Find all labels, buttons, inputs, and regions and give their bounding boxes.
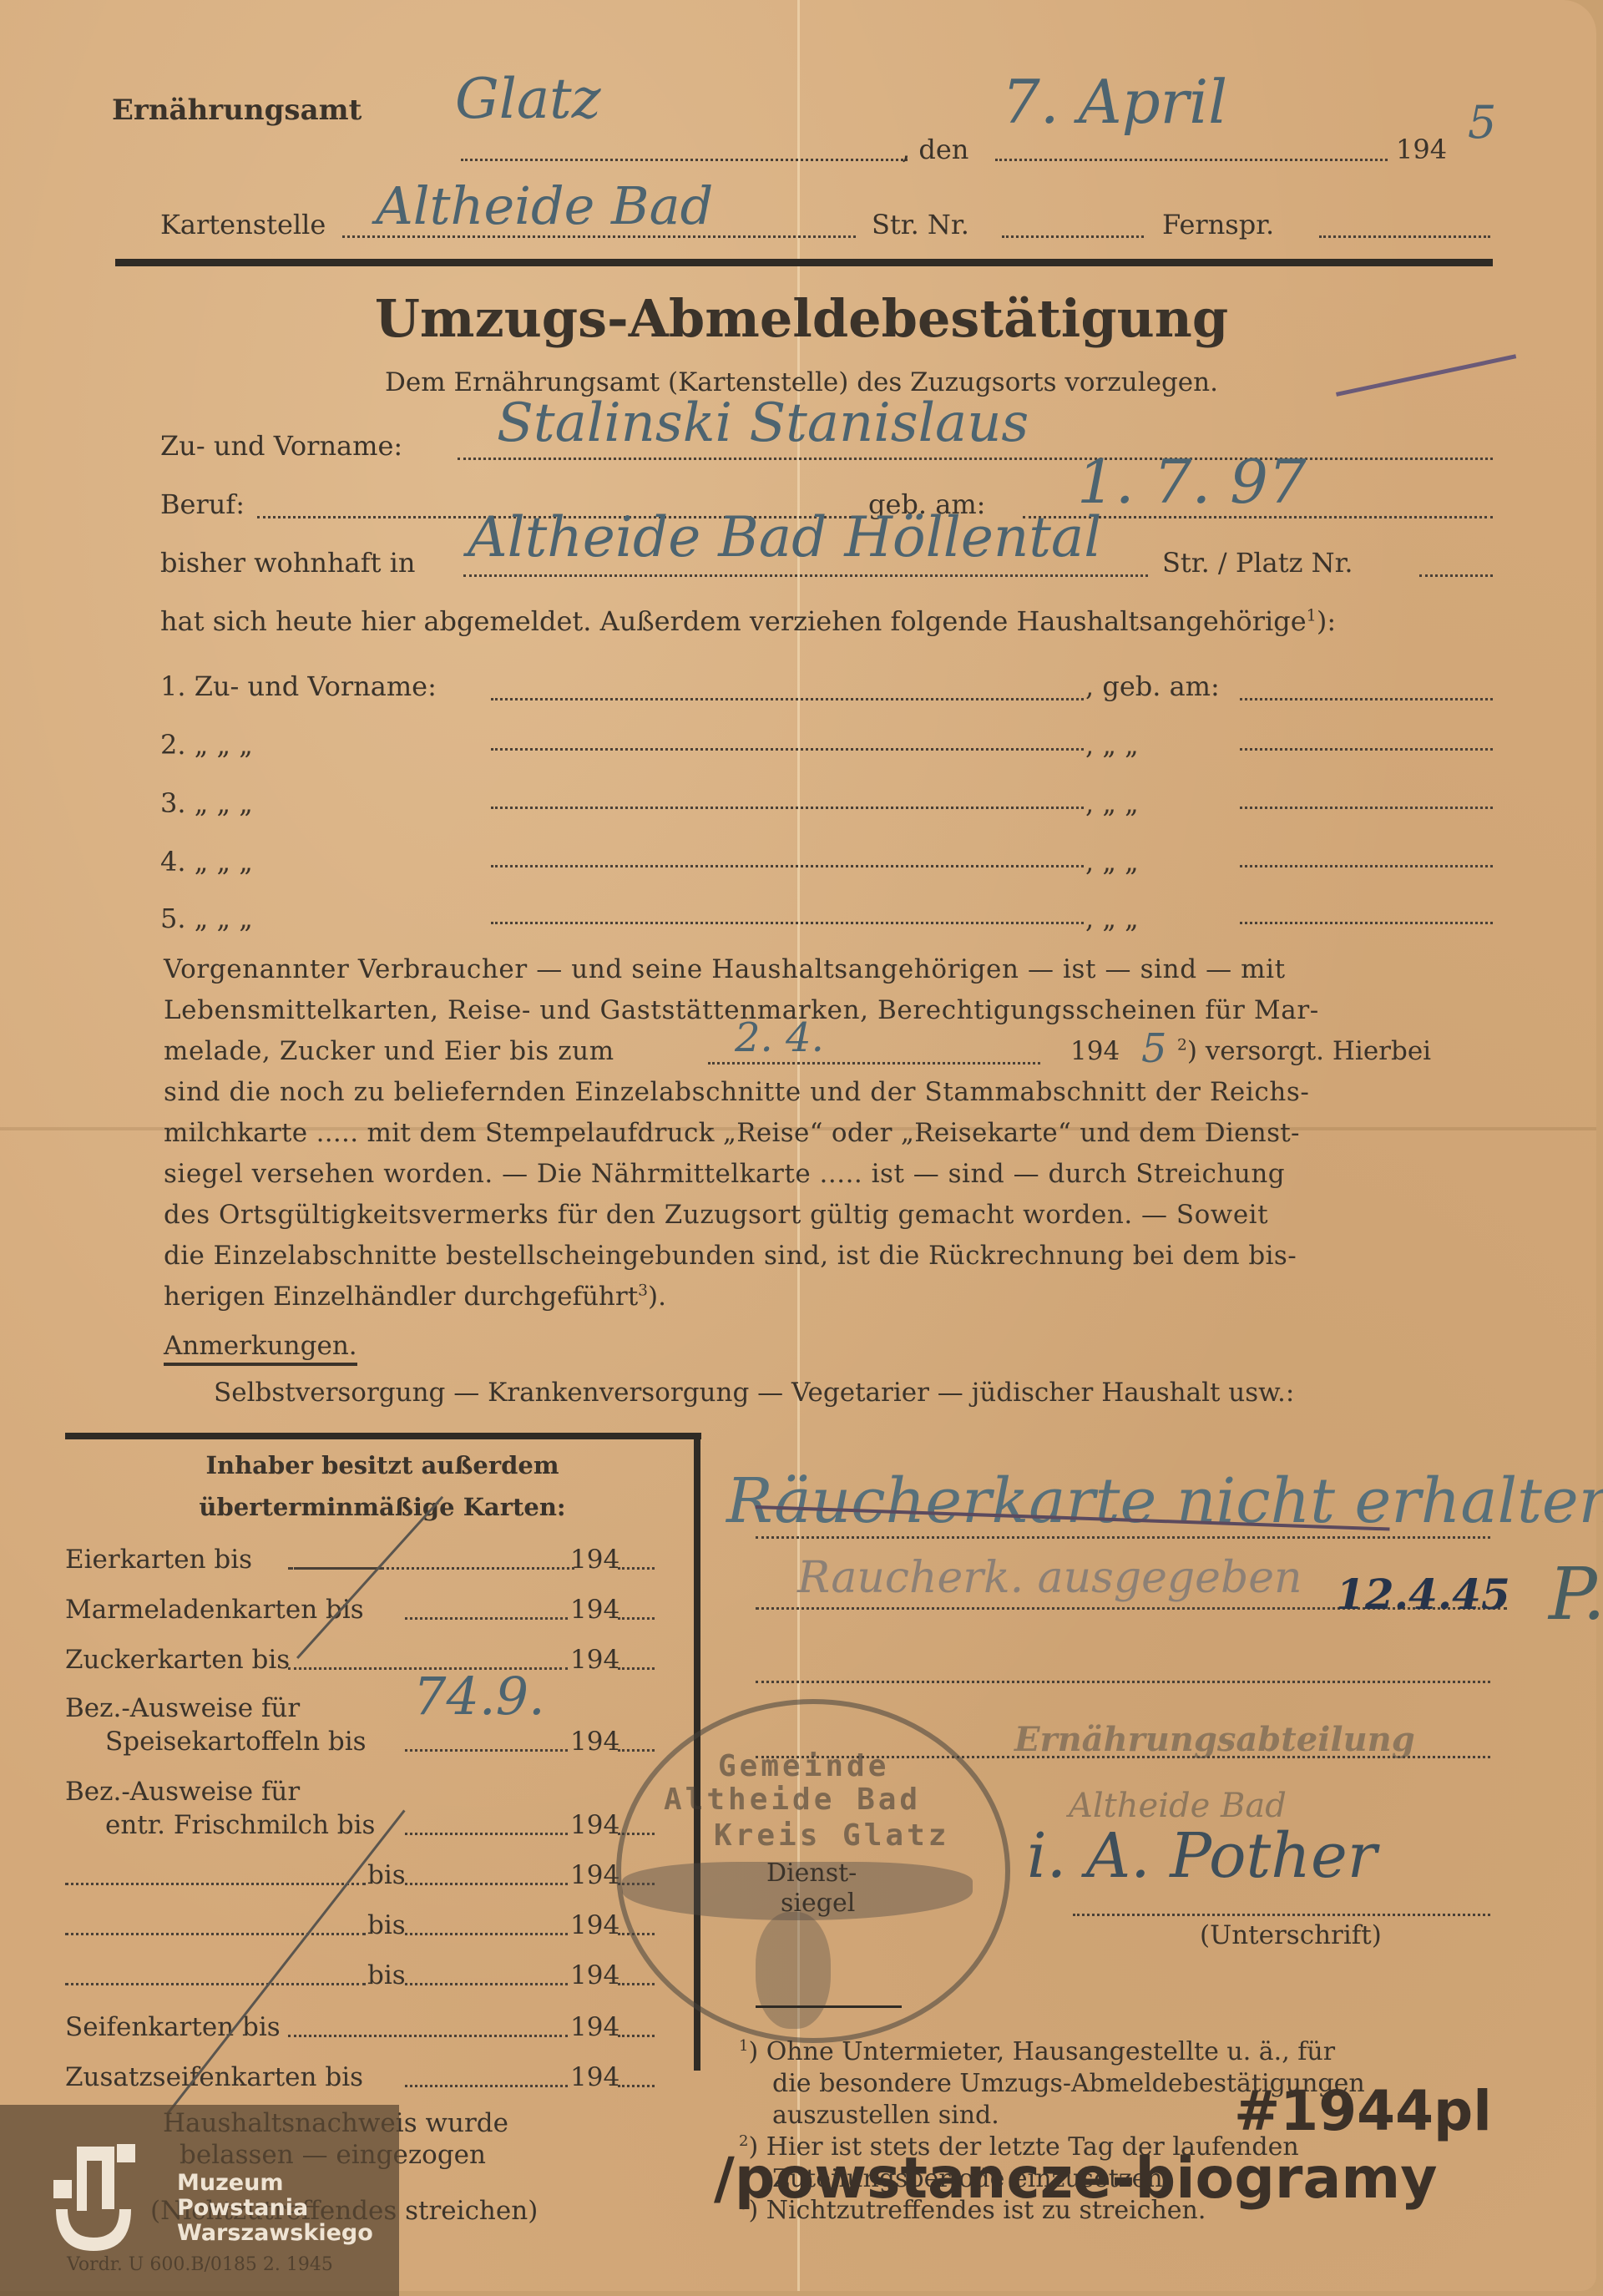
blank-row-2-year: 194 (570, 1910, 619, 1940)
document-sheet: Ernährungsamt Glatz , den 7. April 194 5… (0, 0, 1596, 2291)
remarks-label: Anmerkungen. (164, 1331, 357, 1366)
year-prefix: 194 (1396, 134, 1447, 165)
remarks-line-3 (756, 1681, 1490, 1683)
seifenkarten-year: 194 (570, 2012, 619, 2042)
potatoes-value-handwritten: 74.9. (413, 1666, 545, 1727)
signature-label: (Unterschrift) (1200, 1920, 1382, 1950)
household-row-2-name-line (491, 748, 1084, 751)
seal-underline (756, 2005, 902, 2008)
paragraph-line-5: milchkarte ..... mit dem Stempelaufdruck… (164, 1118, 1300, 1148)
year-suffix-handwritten: 5 (1468, 96, 1496, 149)
name-label: Zu- und Vorname: (160, 430, 402, 462)
blank-row-3-year-line (618, 1983, 655, 1985)
blank-row-2-date-line (405, 1933, 568, 1935)
extra-cards-heading-1: Inhaber besitzt außerdem (65, 1451, 700, 1479)
zuckerkarten-year: 194 (570, 1645, 619, 1675)
residence-street-label: Str. / Platz Nr. (1162, 547, 1353, 579)
supply-until-handwritten: 2. 4. (735, 1014, 824, 1061)
zusatzseifenkarten-date-line (405, 2085, 568, 2087)
potatoes-date-line (405, 1749, 568, 1752)
remarks-initial-handwritten: P. (1549, 1553, 1603, 1636)
potatoes-year-line (618, 1749, 655, 1752)
blank-row-1-label-line (65, 1883, 366, 1885)
residence-label: bisher wohnhaft in (160, 547, 415, 579)
eagle-body-icon (756, 1912, 831, 2029)
blank-row-1-year: 194 (570, 1860, 619, 1890)
household-row-1-birth-label: , geb. am: (1085, 670, 1220, 702)
blank-row-2-label-line (65, 1933, 366, 1935)
potatoes-label-1: Bez.-Ausweise für (65, 1693, 300, 1723)
milk-year: 194 (570, 1810, 619, 1840)
phone-field-line (1319, 235, 1490, 238)
street-label: Str. Nr. (872, 209, 969, 240)
household-row-1-label: 1. Zu- und Vorname: (160, 670, 437, 702)
potatoes-label-2: Speisekartoffeln bis (105, 1727, 367, 1757)
zuckerkarten-label: Zuckerkarten bis (65, 1645, 290, 1675)
card-office-label: Kartenstelle (160, 209, 326, 240)
household-row-5-birth-line (1240, 922, 1493, 924)
office-field-line (461, 159, 908, 161)
zusatzseifenkarten-label: Zusatzseifenkarten bis (65, 2062, 363, 2092)
remarks-options: Selbstversorgung — Krankenversorgung — V… (214, 1378, 1294, 1408)
eierkarten-label: Eierkarten bis (65, 1545, 252, 1575)
phone-label: Fernspr. (1162, 209, 1274, 240)
date-field-line (995, 159, 1388, 161)
remarks-date-handwritten: 12.4.45 (1336, 1570, 1510, 1619)
hashtag-watermark: #1944pl (1234, 2079, 1492, 2143)
residence-street-field-line (1419, 574, 1493, 577)
museum-name-1: Muzeum (177, 2170, 283, 2196)
household-row-3-birth-label: , „ „ (1085, 787, 1139, 819)
household-row-5-birth-label: , „ „ (1085, 903, 1139, 934)
kotwica-anchor-icon (52, 2142, 144, 2255)
household-row-4-label: 4. „ „ „ (160, 846, 253, 877)
museum-watermark-panel: Muzeum Powstania Warszawskiego (0, 2105, 399, 2296)
household-row-3-birth-line (1240, 807, 1493, 809)
milk-label-2: entr. Frischmilch bis (105, 1810, 375, 1840)
blank-row-3-bis: bis (367, 1960, 406, 1990)
seifenkarten-label: Seifenkarten bis (65, 2012, 281, 2042)
remarks-handwritten-1: Räucherkarte nicht erhalten (726, 1465, 1603, 1537)
blank-row-1-date-line (405, 1883, 568, 1885)
paragraph-line-4: sind die noch zu beliefernden Einzelabsc… (164, 1077, 1310, 1107)
household-row-4-birth-label: , „ „ (1085, 846, 1139, 877)
household-row-2-birth-line (1240, 748, 1493, 751)
supply-continuation: 2) versorgt. Hierbei (1177, 1036, 1431, 1066)
page-title: Umzugs-Abmeldebestätigung (0, 288, 1603, 349)
household-row-4-name-line (491, 865, 1084, 867)
seifenkarten-year-line (618, 2035, 655, 2037)
marmeladenkarten-year: 194 (570, 1595, 619, 1625)
paragraph-line-8: die Einzelabschnitte bestellscheingebund… (164, 1241, 1297, 1271)
zusatzseifenkarten-year: 194 (570, 2062, 619, 2092)
extra-cards-heading-2: überterminmäßige Karten: (65, 1493, 700, 1521)
job-label: Beruf: (160, 488, 245, 520)
path-watermark: /powstancze-biogramy (714, 2146, 1438, 2212)
signature-line (1073, 1914, 1490, 1916)
household-row-2-birth-label: , „ „ (1085, 729, 1139, 761)
eierkarten-year: 194 (570, 1545, 619, 1575)
seal-label-1: Dienst- (766, 1859, 857, 1888)
deregistered-text: hat sich heute hier abgemeldet. Außerdem… (160, 605, 1336, 637)
office-value-handwritten: Glatz (455, 67, 600, 131)
signature-stamp-1: Ernährungsabteilung (1014, 1720, 1415, 1759)
household-row-4-birth-line (1240, 865, 1493, 867)
museum-name-3: Warszawskiego (177, 2220, 373, 2246)
eierkarten-year-line (618, 1567, 655, 1570)
office-label: Ernährungsamt (112, 94, 362, 127)
milk-label-1: Bez.-Ausweise für (65, 1777, 300, 1807)
name-value-handwritten: Stalinski Stanislaus (497, 392, 1029, 454)
paragraph-line-6: siegel versehen worden. — Die Nährmittel… (164, 1159, 1285, 1189)
stamp-text-3: Kreis Glatz (714, 1818, 949, 1853)
date-value-handwritten: 7. April (1002, 67, 1227, 137)
name-field-line (458, 458, 1493, 460)
marmeladenkarten-label: Marmeladenkarten bis (65, 1595, 364, 1625)
paragraph-line-3: melade, Zucker und Eier bis zum (164, 1036, 614, 1066)
box-top-rule (65, 1433, 701, 1439)
marmeladenkarten-date-line (405, 1617, 568, 1620)
household-row-5-name-line (491, 922, 1084, 924)
marmeladenkarten-year-line (618, 1617, 655, 1620)
zusatzseifenkarten-year-line (618, 2085, 655, 2087)
blank-row-1-bis: bis (367, 1860, 406, 1890)
paragraph-line-9: herigen Einzelhändler durchgeführt3). (164, 1282, 666, 1312)
supply-until-field-line (708, 1062, 1040, 1065)
household-row-3-name-line (491, 807, 1084, 809)
blank-row-3-label-line (65, 1983, 366, 1985)
stamp-text-2: Altheide Bad (664, 1783, 921, 1817)
date-den-label: , den (902, 134, 968, 165)
header-rule (115, 259, 1493, 266)
blank-row-2-bis: bis (367, 1910, 406, 1940)
potatoes-year: 194 (570, 1727, 619, 1757)
street-field-line (1002, 235, 1144, 238)
household-row-2-label: 2. „ „ „ (160, 729, 253, 761)
seal-label-2: siegel (781, 1889, 855, 1918)
household-row-5-label: 5. „ „ „ (160, 903, 253, 934)
supply-year-suffix-handwritten: 5 (1141, 1025, 1167, 1072)
museum-name-2: Powstania (177, 2195, 308, 2221)
residence-field-line (463, 574, 1148, 577)
eierkarten-date-line (291, 1567, 574, 1570)
household-row-1-name-line (491, 698, 1084, 700)
stamp-text-1: Gemeinde (718, 1749, 889, 1783)
paragraph-line-1: Vorgenannter Verbraucher — und seine Hau… (164, 954, 1286, 984)
blank-row-3-year: 194 (570, 1960, 619, 1990)
milk-date-line (405, 1833, 568, 1835)
remarks-handwritten-2: Raucherk. ausgegeben (797, 1553, 1302, 1603)
birth-value-handwritten: 1. 7. 97 (1077, 447, 1307, 517)
zuckerkarten-year-line (618, 1667, 655, 1670)
blank-row-3-date-line (405, 1983, 568, 1985)
residence-value-handwritten: Altheide Bad Höllental (468, 505, 1101, 569)
signature-handwritten: i. A. Pother (1027, 1820, 1377, 1892)
household-row-1-birth-line (1240, 698, 1493, 700)
seifenkarten-date-line (288, 2035, 568, 2037)
paragraph-line-7: des Ortsgültigkeitsvermerks für den Zuzu… (164, 1200, 1268, 1230)
household-row-3-label: 3. „ „ „ (160, 787, 253, 819)
supply-year-prefix: 194 (1070, 1036, 1120, 1066)
card-office-value-handwritten: Altheide Bad (376, 175, 713, 236)
